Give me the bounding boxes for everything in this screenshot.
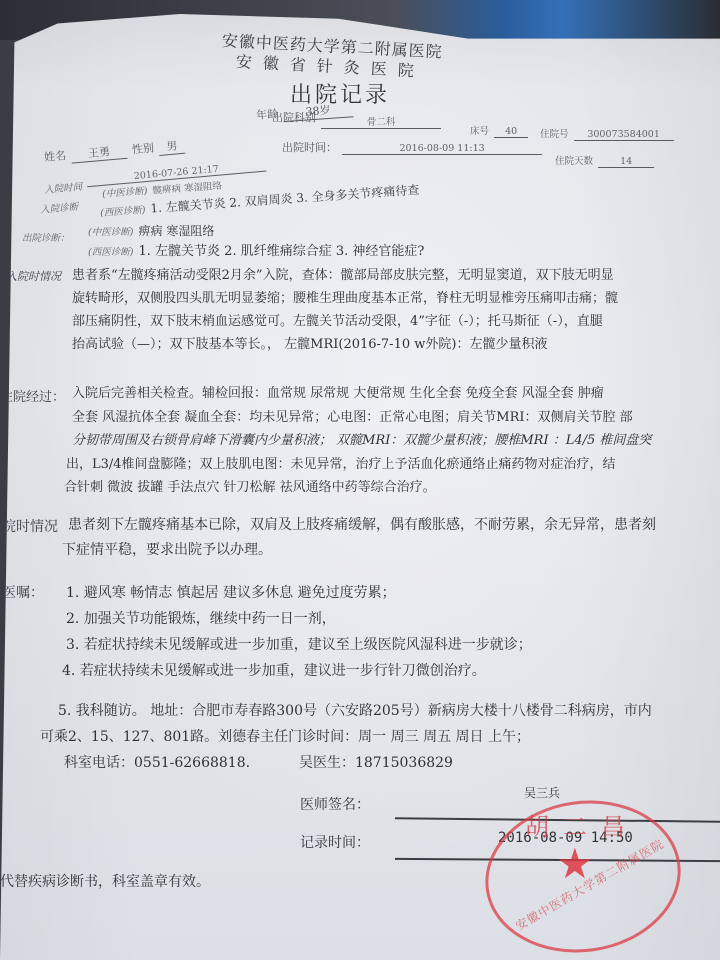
discharge-time-field: 出院时间： 2016-08-09 11:13 [282,136,542,155]
discharge-record-document: 安徽中医药大学第二附属医院 安徽省针灸医院 出院记录 年龄 38岁 出院科别 骨… [0,14,720,960]
follow-up-info: 5. 我科随访。 地址：合肥市寿春路300号（六安路205号）新病房大楼十八楼骨… [40,698,652,750]
discharge-western-diagnosis: 1. 左髋关节炎 2. 肌纤维痛综合症 3. 神经官能症? [139,244,425,259]
signature-value: 吴三兵 [524,784,560,801]
order-item: 可乘2、15、127、801路。刘德春主任门诊时间：周一 周三 周五 周日 上午… [40,724,652,750]
contact-phones: 科室电话：0551-62668818. 吴医生：18715036829 [64,752,453,775]
discharge-condition-text: 患者刻下左髋疼痛基本已除，双肩及上肢疼痛缓解，偶有酸胀感，不耐劳累，余无异常，患… [68,514,656,562]
hospital-course-text: 入院后完善相关检查。辅检回报：血常规 尿常规 大便常规 生化全套 免疫全套 风湿… [72,382,651,500]
admission-number-field: 住院号 300073584001 [540,122,674,141]
footer-note: 本出院记录不能代替疾病诊断书，科室盖章有效。 [0,871,210,894]
name-value: 王勇 [70,142,127,164]
order-item: 5. 我科随访。 地址：合肥市寿春路300号（六安路205号）新病房大楼十八楼骨… [58,698,652,724]
patient-info-row2: 姓名 王勇 性别 男 [43,134,185,166]
order-item: 3. 若症状持续未见缓解或进一步加重，建议至上级医院风湿科进一步就诊； [66,632,532,658]
stay-days-field: 住院天数 14 [555,149,654,168]
doctor-phone: 吴医生：18715036829 [299,755,453,771]
discharge-orders-list: 1. 避风寒 畅情志 慎起居 建议多休息 避免过度劳累； 2. 加强关节功能锻炼… [66,580,532,684]
dept-value: 骨二科 [321,114,441,129]
hospital-course-label: 住院经过： [0,386,65,405]
order-item: 4. 若症状持续未见缓解或进一步加重，建议进一步行针刀微创治疗。 [62,658,532,684]
admission-diagnosis: 入院诊断 [39,195,79,217]
record-time-label: 记录时间： [300,832,370,855]
stay-days-value: 14 [598,156,654,168]
dept-field: 出院科别 骨二科 [272,110,441,129]
discharge-condition-label: 出院时情况 [0,516,58,536]
discharge-time-value: 2016-08-09 11:13 [342,143,542,155]
discharge-tcm-diagnosis: 痹病 寒湿阻络 [139,224,215,238]
sex-value: 男 [158,137,185,156]
discharge-orders-label: 出院医嘱： [0,582,44,602]
dept-phone: 科室电话：0551-62668818. [64,755,250,771]
discharge-diagnosis-label: 出院诊断： [22,233,70,244]
order-item: 1. 避风寒 畅情志 慎起居 建议多休息 避免过度劳累； [66,580,532,606]
signature-label: 医师签名： [300,794,370,817]
order-item: 2. 加强关节功能锻炼，继续中药一日一剂， [66,606,532,632]
admission-condition-label: 入院时情况 [6,268,61,284]
admission-number-value: 300073584001 [574,129,674,141]
admission-condition-text: 患者系“左髋疼痛活动受限2月余”入院，查体：髋部局部皮肤完整，无明显窦道，双下肢… [72,264,618,356]
stamp-center-name: 胡二昌 [525,807,639,842]
